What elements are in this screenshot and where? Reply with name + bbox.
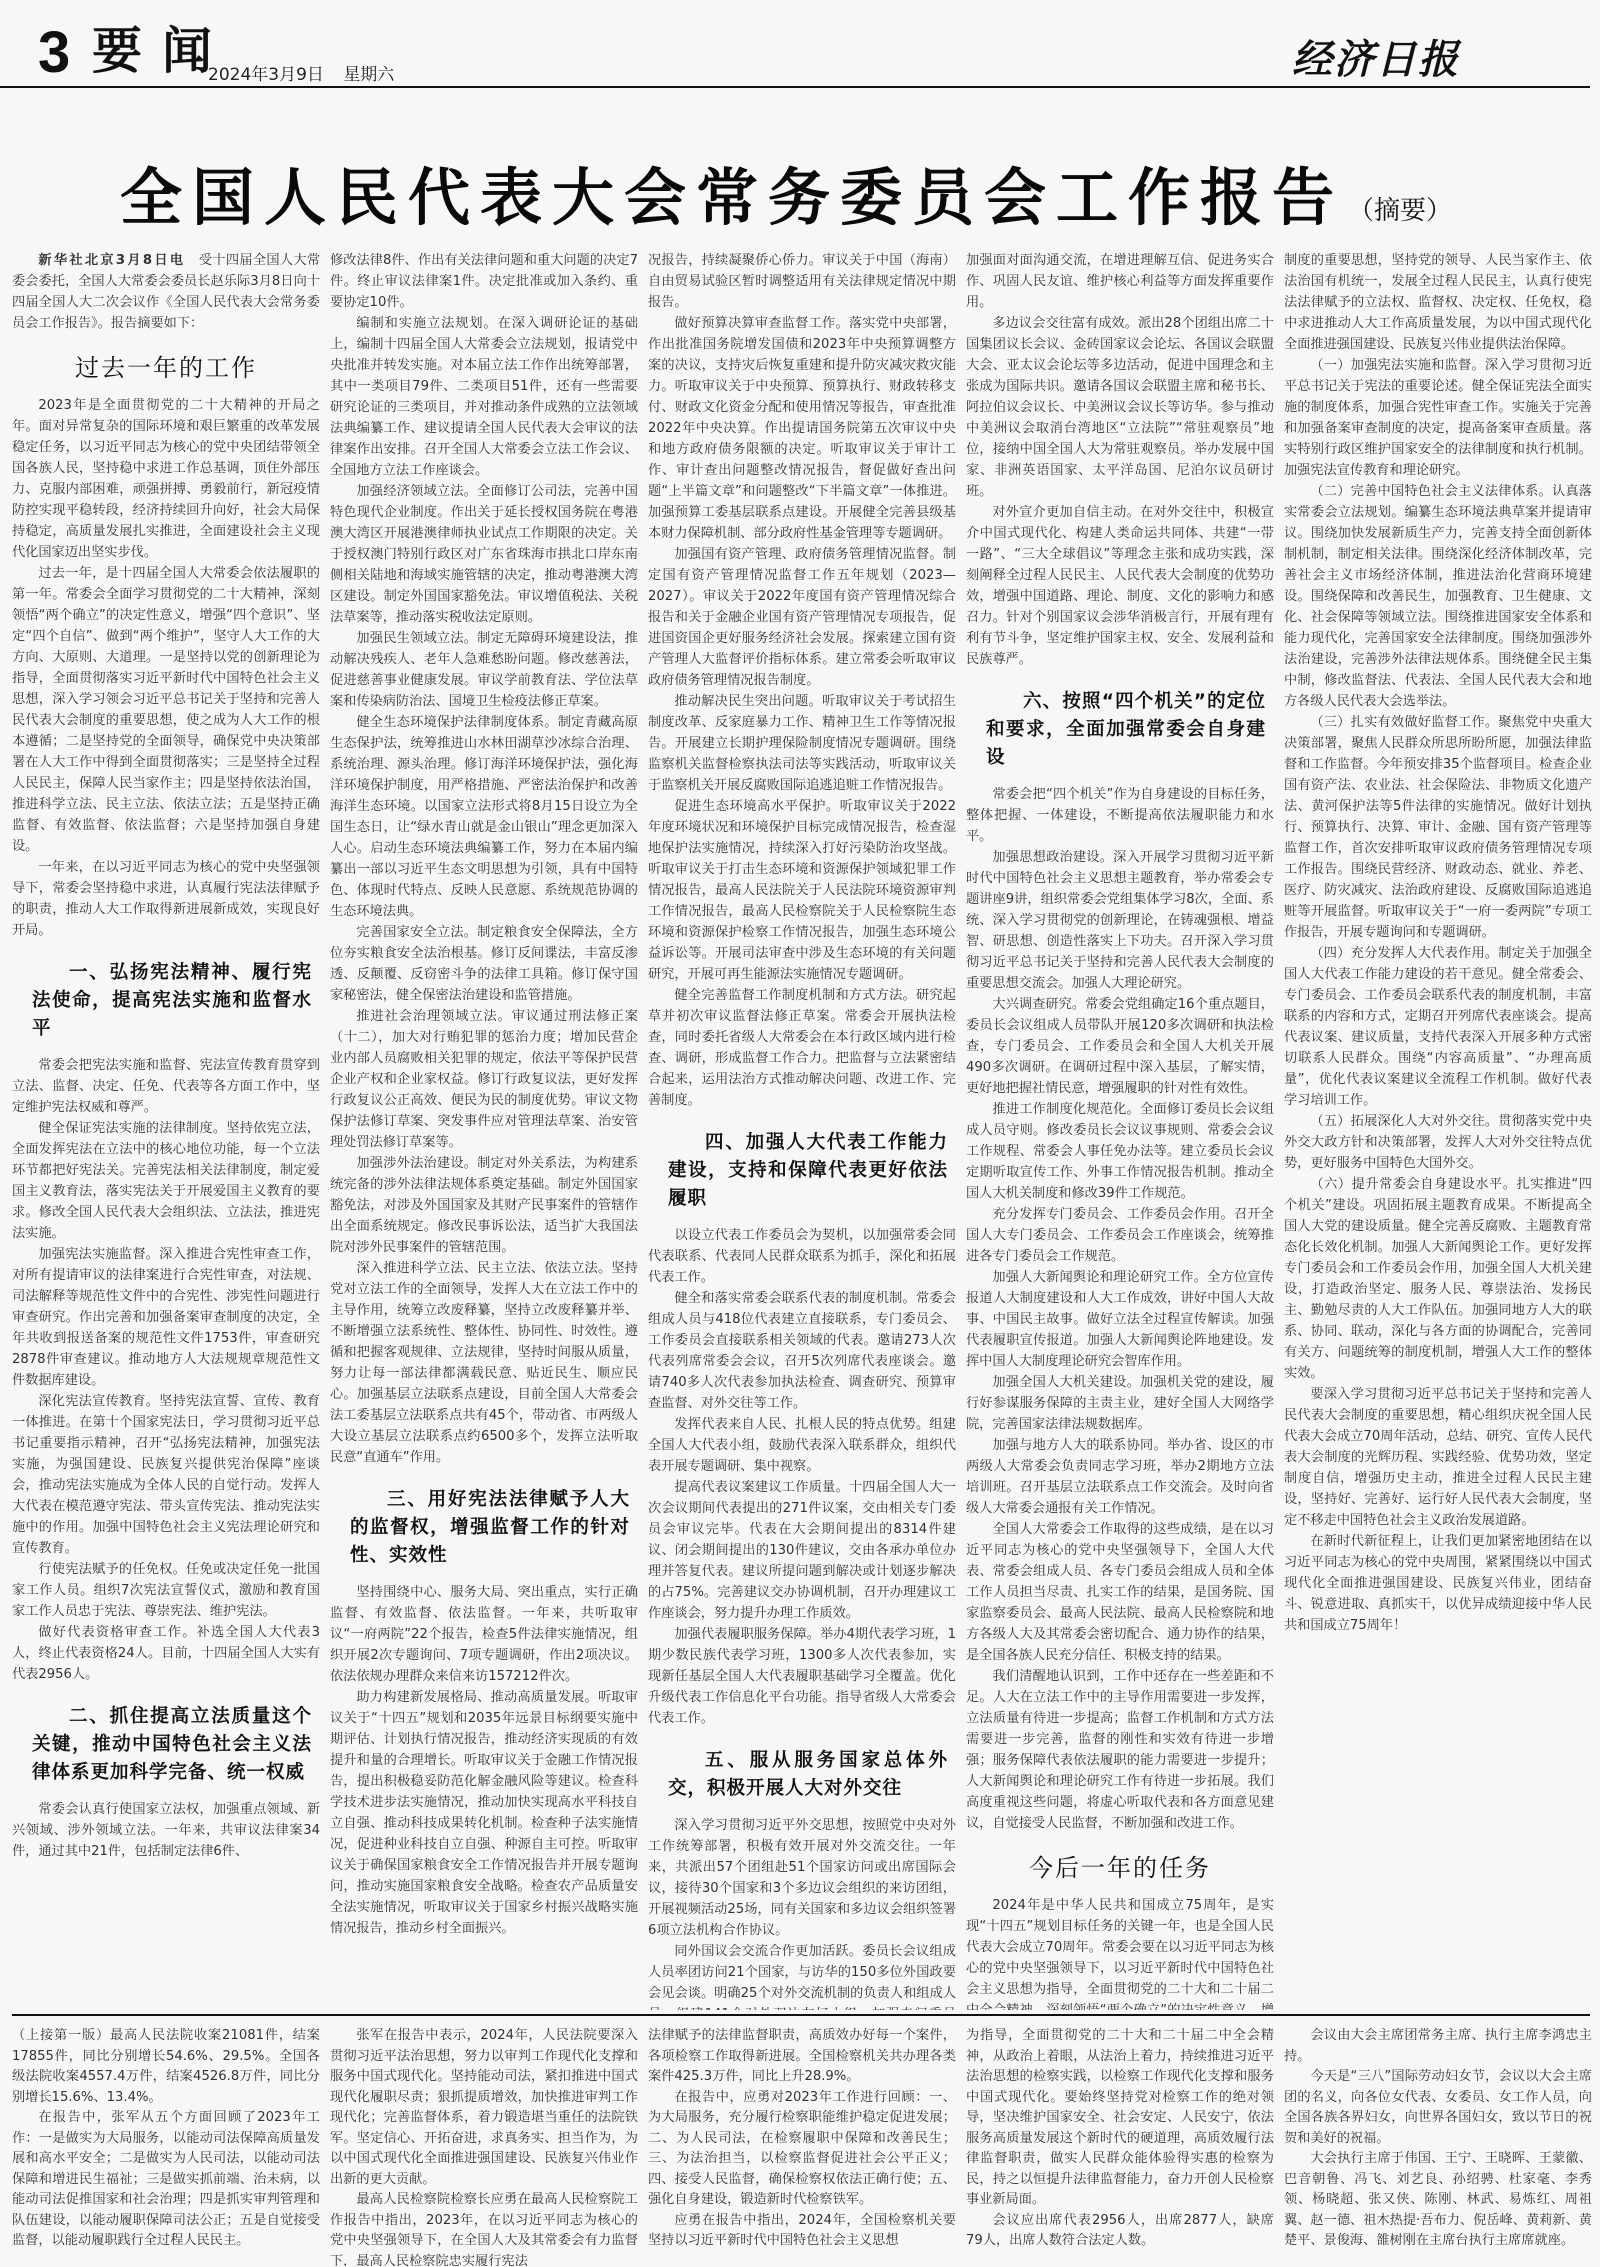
paragraph: 常委会认真行使国家立法权，加强重点领域、新兴领域、涉外领域立法。一年来，共审议法… bbox=[12, 1799, 320, 1862]
paragraph: 会议由大会主席团常务主席、执行主席李鸿忠主持。 bbox=[1284, 2026, 1592, 2067]
section-heading: 过去一年的工作 bbox=[12, 358, 320, 379]
paragraph: 常委会把“四个机关”作为自身建设的目标任务，整体把握、一体建设，不断提高依法履职… bbox=[966, 784, 1274, 847]
masthead: 3 要闻 2024年3月9日 星期六 经济日报 bbox=[0, 0, 1600, 88]
paragraph: 加强面对面沟通交流，在增进理解互信、促进务实合作、巩固人民友谊、维护核心利益等方… bbox=[966, 250, 1274, 313]
newspaper-logo: 经济日报 bbox=[1292, 28, 1460, 85]
paragraph: 多边议会交往富有成效。派出28个团组出席二十国集团议长会议、金砖国家议会论坛、各… bbox=[966, 313, 1274, 502]
headline-subtitle: （摘要） bbox=[1348, 196, 1452, 226]
paragraph: 深化宪法宣传教育。坚持宪法宣誓、宣传、教育一体推进。在第十个国家宪法日，学习贯彻… bbox=[12, 1391, 320, 1559]
continued-story: （上接第一版）最高人民法院收案21081件，结案17855件，同比分别增长54.… bbox=[12, 2026, 1592, 2266]
dateline: 新华社北京3月8日电 bbox=[38, 253, 185, 268]
paragraph: 修改法律8件、作出有关法律问题和重大问题的决定7件。终止审议法律案1件。决定批准… bbox=[330, 250, 638, 313]
paragraph: 促进生态环境高水平保护。听取审议关于2022年度环境状况和环境保护目标完成情况报… bbox=[648, 796, 956, 985]
paragraph: 今天是“三八”国际劳动妇女节，会议以大会主席团的名义，向各位女代表、女委员、女工… bbox=[1284, 2067, 1592, 2149]
paragraph: 健全生态环境保护法律制度体系。制定青藏高原生态保护法，统筹推进山水林田湖草沙冰综… bbox=[330, 712, 638, 922]
bottom-column-1: （上接第一版）最高人民法院收案21081件，结案17855件，同比分别增长54.… bbox=[12, 2026, 320, 2266]
paragraph: 编制和实施立法规划。在深入调研论证的基础上，编制十四届全国人大常委会立法规划，报… bbox=[330, 313, 638, 481]
paragraph: 在报告中，应勇对2023年工作进行回顾：一、为大局服务，充分履行检察职能维护稳定… bbox=[648, 2088, 956, 2211]
paragraph: 深入学习贯彻习近平外交思想，按照党中央对外工作统筹部署，积极有效开展对外交流交往… bbox=[648, 1815, 956, 1941]
paragraph: 况报告，持续凝聚侨心侨力。审议关于中国（海南）自由贸易试验区暂时调整适用有关法律… bbox=[648, 250, 956, 313]
column-5: 制度的重要思想，坚持党的领导、人民当家作主、依法治国有机统一，发展全过程人民民主… bbox=[1284, 250, 1592, 2010]
column-2: 修改法律8件、作出有关法律问题和重大问题的决定7件。终止审议法律案1件。决定批准… bbox=[330, 250, 638, 2010]
subsection-heading: 三、用好宪法法律赋予人大的监督权，增强监督工作的针对性、实效性 bbox=[350, 1486, 630, 1570]
paragraph: 最高人民检察院检察长应勇在最高人民检察院工作报告中指出，2023年，在以习近平同… bbox=[330, 2190, 638, 2266]
paragraph: 应勇在报告中指出，2024年，全国检察机关要坚持以习近平新时代中国特色社会主义思… bbox=[648, 2211, 956, 2252]
paragraph: 对外宣介更加自信主动。在对外交往中，积极宣介中国式现代化、构建人类命运共同体、共… bbox=[966, 502, 1274, 670]
paragraph: （上接第一版）最高人民法院收案21081件，结案17855件，同比分别增长54.… bbox=[12, 2026, 320, 2108]
bottom-column-4: 为指导，全面贯彻党的二十大和二十届二中全会精神，从政治上着眼，从法治上着力，持续… bbox=[966, 2026, 1274, 2266]
paragraph: 加强国有资产管理、政府债务管理情况监督。制定国有资产管理情况监督工作五年规划（2… bbox=[648, 544, 956, 691]
paragraph: 加强经济领域立法。全面修订公司法，完善中国特色现代企业制度。作出关于延长授权国务… bbox=[330, 481, 638, 628]
subsection-heading: 五、服从服务国家总体外交，积极开展人大对外交往 bbox=[668, 1747, 948, 1803]
paragraph: 发挥代表来自人民、扎根人民的特点优势。组建全国人大代表小组，鼓励代表深入联系群众… bbox=[648, 1414, 956, 1477]
paragraph: 健全保证宪法实施的法律制度。坚持依宪立法，全面发挥宪法在立法中的核心地位功能，每… bbox=[12, 1118, 320, 1244]
paragraph: 常委会把宪法实施和监督、宪法宣传教育贯穿到立法、监督、决定、任免、代表等各方面工… bbox=[12, 1055, 320, 1118]
issue-date: 2024年3月9日 星期六 bbox=[208, 60, 408, 85]
paragraph: 张军在报告中表示，2024年，人民法院要深入贯彻习近平法治思想，努力以审判工作现… bbox=[330, 2026, 638, 2190]
paragraph: （五）拓展深化人大对外交往。贯彻落实党中央外交大政方针和决策部署，发挥人大对外交… bbox=[1284, 1111, 1592, 1174]
paragraph: 推动解决民生突出问题。听取审议关于考试招生制度改革、反家庭暴力工作、精神卫生工作… bbox=[648, 691, 956, 796]
paragraph: 会议应出席代表2956人，出席2877人，缺席79人，出席人数符合法定人数。 bbox=[966, 2211, 1274, 2252]
paragraph: 制度的重要思想，坚持党的领导、人民当家作主、依法治国有机统一，发展全过程人民民主… bbox=[1284, 250, 1592, 355]
paragraph: 行使宪法赋予的任免权。任免或决定任免一批国家工作人员。组织7次宪法宣誓仪式，激励… bbox=[12, 1559, 320, 1622]
paragraph: （二）完善中国特色社会主义法律体系。认真落实常委会立法规划。编纂生态环境法典草案… bbox=[1284, 481, 1592, 712]
paragraph: 以设立代表工作委员会为契机，以加强常委会同代表联系、代表同人民群众联系为抓手，深… bbox=[648, 1225, 956, 1288]
bottom-column-2: 张军在报告中表示，2024年，人民法院要深入贯彻习近平法治思想，努力以审判工作现… bbox=[330, 2026, 638, 2266]
paragraph: 法律赋予的法律监督职责，高质效办好每一个案件，各项检察工作取得新进展。全国检察机… bbox=[648, 2026, 956, 2088]
subsection-heading: 六、按照“四个机关”的定位和要求，全面加强常委会自身建设 bbox=[986, 688, 1266, 772]
paragraph: 做好代表资格审查工作。补选全国人大代表3人，终止代表资格24人。目前，十四届全国… bbox=[12, 1622, 320, 1685]
paragraph: 我们清醒地认识到，工作中还存在一些差距和不足。人大在立法工作中的主导作用需要进一… bbox=[966, 1666, 1274, 1834]
paragraph: 过去一年，是十四届全国人大常委会依法履职的第一年。常委会全面学习贯彻党的二十大精… bbox=[12, 563, 320, 857]
paragraph: 加强全国人大机关建设。加强机关党的建设，履行好参谋服务保障的主责主业，建好全国人… bbox=[966, 1372, 1274, 1435]
subsection-heading: 二、抓住提高立法质量这个关键，推动中国特色社会主义法律体系更加科学完备、统一权威 bbox=[32, 1703, 312, 1787]
paragraph: 一年来，在以习近平同志为核心的党中央坚强领导下，常委会坚持稳中求进，认真履行宪法… bbox=[12, 857, 320, 941]
paragraph: 2023年是全面贯彻党的二十大精神的开局之年。面对异常复杂的国际环境和艰巨繁重的… bbox=[12, 395, 320, 563]
article-body: 新华社北京3月8日电 受十四届全国人大常委会委托，全国人大常委会委员长赵乐际3月… bbox=[12, 250, 1592, 2010]
paragraph: 完善国家安全立法。制定粮食安全保障法，全方位夯实粮食安全法治根基。修订反间谍法，… bbox=[330, 922, 638, 1006]
paragraph: 充分发挥专门委员会、工作委员会作用。召开全国人大专门委员会、工作委员会工作座谈会… bbox=[966, 1204, 1274, 1267]
paragraph: 健全完善监督工作制度机制和方式方法。研究起草并初次审议监督法修正草案。常委会开展… bbox=[648, 985, 956, 1111]
paragraph: 为指导，全面贯彻党的二十大和二十届二中全会精神，从政治上着眼，从法治上着力，持续… bbox=[966, 2026, 1274, 2211]
paragraph: 加强宪法实施监督。深入推进合宪性审查工作，对所有提请审议的法律案进行合宪性审查，… bbox=[12, 1244, 320, 1391]
subsection-heading: 四、加强人大代表工作能力建设，支持和保障代表更好依法履职 bbox=[668, 1129, 948, 1213]
paragraph: 加强思想政治建设。深入开展学习贯彻习近平新时代中国特色社会主义思想主题教育，举办… bbox=[966, 847, 1274, 994]
weekday: 星期六 bbox=[343, 65, 394, 85]
bottom-divider bbox=[12, 2014, 1590, 2016]
column-3: 况报告，持续凝聚侨心侨力。审议关于中国（海南）自由贸易试验区暂时调整适用有关法律… bbox=[648, 250, 956, 2010]
section-heading: 今后一年的任务 bbox=[966, 1858, 1274, 1879]
subsection-heading: 一、弘扬宪法精神、履行宪法使命，提高宪法实施和监督水平 bbox=[32, 959, 312, 1043]
paragraph: 加强与地方人大的联系协同。举办省、设区的市两级人大常委会负责同志学习班，举办2期… bbox=[966, 1435, 1274, 1519]
page-number: 3 bbox=[38, 24, 70, 82]
column-1: 新华社北京3月8日电 受十四届全国人大常委会委托，全国人大常委会委员长赵乐际3月… bbox=[12, 250, 320, 2010]
paragraph: 推进工作制度化规范化。全面修订委员长会议组成人员守则。修改委员长会议议事规则、常… bbox=[966, 1099, 1274, 1204]
paragraph: 做好预算决算审查监督工作。落实党中央部署，作出批准国务院增发国债和2023年中央… bbox=[648, 313, 956, 544]
paragraph: （六）提升常委会自身建设水平。扎实推进“四个机关”建设。巩固拓展主题教育成果。不… bbox=[1284, 1174, 1592, 1384]
headline-title: 全国人民代表大会常务委员会工作报告 bbox=[120, 161, 1344, 234]
paragraph: 提高代表议案建议工作质量。十四届全国人大一次会议期间代表提出的271件议案，交由… bbox=[648, 1477, 956, 1624]
bottom-column-5: 会议由大会主席团常务主席、执行主席李鸿忠主持。 今天是“三八”国际劳动妇女节，会… bbox=[1284, 2026, 1592, 2266]
paragraph: 全国人大常委会工作取得的这些成绩，是在以习近平同志为核心的党中央坚强领导下，全国… bbox=[966, 1519, 1274, 1666]
paragraph: 坚持围绕中心、服务大局、突出重点，实行正确监督、有效监督、依法监督。一年来，共听… bbox=[330, 1582, 638, 1687]
column-4: 加强面对面沟通交流，在增进理解互信、促进务实合作、巩固人民友谊、维护核心利益等方… bbox=[966, 250, 1274, 2010]
paragraph: 健全和落实常委会联系代表的制度机制。常委会组成人员与418位代表建立直接联系，专… bbox=[648, 1288, 956, 1414]
paragraph: 2024年是中华人民共和国成立75周年，是实现“十四五”规划目标任务的关键一年，… bbox=[966, 1895, 1274, 2010]
paragraph: 加强涉外法治建设。制定对外关系法，为构建系统完备的涉外法律法规体系奠定基础。制定… bbox=[330, 1153, 638, 1258]
paragraph: （三）扎实有效做好监督工作。聚焦党中央重大决策部署，聚焦人民群众所思所盼所愿，加… bbox=[1284, 712, 1592, 943]
header-divider bbox=[0, 86, 1590, 88]
paragraph: 加强代表履职服务保障。举办4期代表学习班，1期少数民族代表学习班，1300多人次… bbox=[648, 1624, 956, 1729]
paragraph: 推进社会治理领域立法。审议通过刑法修正案（十二），加大对行贿犯罪的惩治力度；增加… bbox=[330, 1006, 638, 1153]
paragraph: 在报告中，张军从五个方面回顾了2023年工作：一是做实为大局服务，以能动司法保障… bbox=[12, 2108, 320, 2252]
paragraph: 同外国议会交流合作更加活跃。委员长会议组成人员率团访问21个国家，与访华的150… bbox=[648, 1941, 956, 2010]
paragraph: 深入推进科学立法、民主立法、依法立法。坚持党对立法工作的全面领导，发挥人大在立法… bbox=[330, 1258, 638, 1468]
paragraph: 在新时代新征程上，让我们更加紧密地团结在以习近平同志为核心的党中央周围，紧紧围绕… bbox=[1284, 1531, 1592, 1636]
headline: 全国人民代表大会常务委员会工作报告（摘要） bbox=[120, 148, 1520, 237]
paragraph: 大会执行主席于伟国、王宁、王晓晖、王蒙徽、巴音朝鲁、冯飞、刘艺良、孙绍骋、杜家毫… bbox=[1284, 2149, 1592, 2252]
paragraph: （一）加强宪法实施和监督。深入学习贯彻习近平总书记关于宪法的重要论述。健全保证宪… bbox=[1284, 355, 1592, 481]
paragraph: 助力构建新发展格局、推动高质量发展。听取审议关于“十四五”规划和2035年远景目… bbox=[330, 1687, 638, 1939]
paragraph: （四）充分发挥人大代表作用。制定关于加强全国人大代表工作能力建设的若干意见。健全… bbox=[1284, 943, 1592, 1111]
bottom-column-3: 法律赋予的法律监督职责，高质效办好每一个案件，各项检察工作取得新进展。全国检察机… bbox=[648, 2026, 956, 2266]
paragraph: 加强人大新闻舆论和理论研究工作。全方位宣传报道人大制度建设和人大工作成效，讲好中… bbox=[966, 1267, 1274, 1372]
date: 2024年3月9日 bbox=[208, 65, 324, 85]
paragraph: 要深入学习贯彻习近平总书记关于坚持和完善人民代表大会制度的重要思想，精心组织庆祝… bbox=[1284, 1384, 1592, 1531]
paragraph: 加强民生领域立法。制定无障碍环境建设法，推动解决残疾人、老年人急难愁盼问题。修改… bbox=[330, 628, 638, 712]
paragraph: 大兴调查研究。常委会党组确定16个重点题目，委员长会议组成人员带队开展120多次… bbox=[966, 994, 1274, 1099]
